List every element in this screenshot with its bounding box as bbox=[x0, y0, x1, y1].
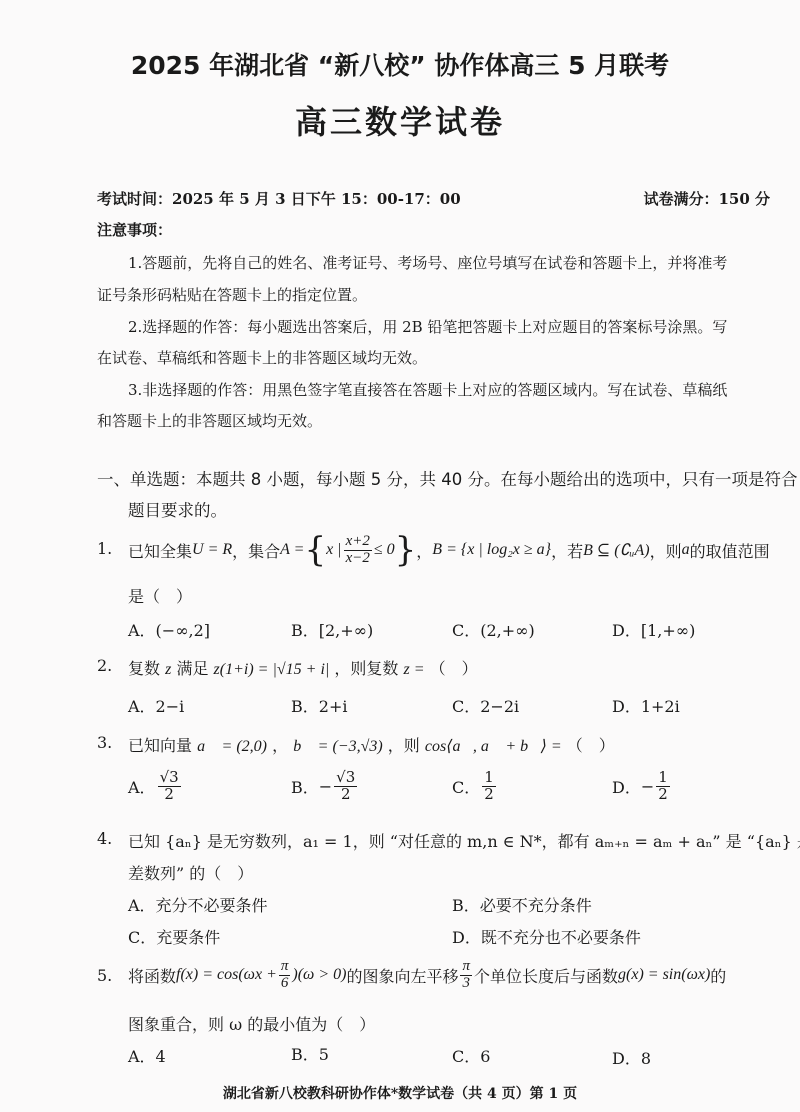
section-heading-line2: 题目要求的。 bbox=[128, 497, 227, 521]
paper-title: 高三数学试卷 bbox=[0, 97, 800, 143]
q3-math-cos: cos⟨a⃗, a⃗ + b⃗⟩ = bbox=[425, 738, 562, 755]
question-4-number: 4. bbox=[97, 829, 112, 848]
q2-math-equation: z(1+i) = |√15 + i| bbox=[214, 661, 330, 678]
q5-fraction-pi-6: π6 bbox=[279, 959, 291, 992]
q5-text: 的图象向左平移 bbox=[346, 964, 458, 987]
q5-option-a[interactable]: A．4 bbox=[128, 1044, 166, 1067]
q5-text: 将函数 bbox=[128, 964, 176, 987]
note-3-line1: 3.非选择题的作答：用黑色签字笔直接答在答题卡上对应的答题区域内。写在试卷、草稿… bbox=[128, 379, 727, 400]
question-5-line2: 图象重合，则 ω 的最小值为（ ） bbox=[128, 1012, 375, 1035]
q3-text: 已知向量 bbox=[128, 736, 192, 755]
q2-option-c[interactable]: C．2−2i bbox=[452, 694, 519, 717]
option-label: C． bbox=[452, 775, 480, 798]
q1-option-c[interactable]: C．(2,+∞) bbox=[452, 618, 535, 641]
q3-text: ，则 bbox=[388, 736, 420, 755]
page-footer: 湖北省新八校教科研协作体*数学试卷（共 4 页）第 1 页 bbox=[0, 1083, 800, 1103]
q1-text: ，则 bbox=[650, 539, 682, 562]
question-5-number: 5. bbox=[97, 966, 112, 985]
q4-option-c[interactable]: C．充要条件 bbox=[128, 925, 220, 948]
q1-option-a[interactable]: A．(−∞,2] bbox=[128, 618, 210, 641]
q1-text: ，若 bbox=[551, 539, 583, 562]
question-3-stem: 已知向量 a⃗ = (2,0) ， b⃗ = (−3,√3) ，则 cos⟨a⃗… bbox=[128, 733, 615, 756]
fraction-denominator: 6 bbox=[281, 976, 289, 992]
note-2-line2: 在试卷、草稿纸和答题卡上的非答题区域均无效。 bbox=[97, 347, 427, 368]
q2-text: 复数 bbox=[128, 659, 160, 678]
question-3-number: 3. bbox=[97, 733, 112, 752]
q5-option-d[interactable]: D．8 bbox=[612, 1046, 651, 1069]
q1-text: 的取值范围 bbox=[690, 539, 770, 562]
q1-math-set-b: B = {x | log₂x ≥ a} bbox=[432, 541, 551, 559]
q1-option-b[interactable]: B．[2,+∞) bbox=[291, 618, 373, 641]
q5-math: )(ω > 0) bbox=[292, 966, 346, 984]
q1-math-set-a: A = bbox=[280, 541, 304, 559]
q5-math-function-f: f(x) = cos(ωx + bbox=[176, 966, 277, 984]
q2-option-b[interactable]: B．2+i bbox=[291, 694, 347, 717]
option-fraction: 12 bbox=[482, 770, 496, 803]
option-label: B． bbox=[291, 775, 319, 798]
q1-text: ，集合 bbox=[232, 539, 280, 562]
question-1-stem: 已知全集 U = R ，集合 A = { x | x+2 x−2 ≤ 0 } ，… bbox=[128, 527, 770, 573]
option-sign: − bbox=[641, 777, 654, 796]
q3-option-d[interactable]: D． − 12 bbox=[612, 770, 672, 803]
question-2-stem: 复数 z 满足 z(1+i) = |√15 + i| ，则复数 z = （ ） bbox=[128, 656, 478, 679]
option-label: A． bbox=[128, 775, 156, 798]
right-brace-icon: } bbox=[395, 530, 417, 570]
q2-math: z bbox=[165, 661, 171, 678]
question-2-number: 2. bbox=[97, 656, 112, 675]
q3-math-vector-a: a⃗ = (2,0) bbox=[197, 738, 267, 755]
q2-option-d[interactable]: D．1+2i bbox=[612, 694, 680, 717]
q4-option-d[interactable]: D．既不充分也不必要条件 bbox=[452, 925, 641, 948]
q5-math-function-g: g(x) = sin(ωx) bbox=[618, 966, 710, 984]
exam-title: 2025 年湖北省 “新八校” 协作体高三 5 月联考 bbox=[0, 46, 800, 82]
question-1-line2: 是（ ） bbox=[128, 584, 192, 607]
note-1-line1: 1.答题前，先将自己的姓名、准考证号、考场号、座位号填写在试卷和答题卡上，并将准… bbox=[128, 252, 727, 273]
left-brace-icon: { bbox=[304, 530, 326, 570]
q5-fraction-pi-3: π3 bbox=[460, 959, 472, 992]
question-1-number: 1. bbox=[97, 539, 112, 558]
q3-option-a[interactable]: A． √32 bbox=[128, 770, 183, 803]
question-5-stem: 将函数 f(x) = cos(ωx + π6 )(ω > 0) 的图象向左平移 … bbox=[128, 951, 726, 999]
q1-math-subset: B ⊆ (∁ᵤA) bbox=[583, 540, 649, 560]
fraction-denominator: 2 bbox=[484, 787, 494, 803]
q2-text: （ ） bbox=[430, 659, 478, 678]
fraction-denominator: 3 bbox=[462, 976, 470, 992]
question-4-line2: 差数列” 的（ ） bbox=[128, 861, 253, 884]
q3-math-vector-b: b⃗ = (−3,√3) bbox=[293, 738, 382, 755]
q1-math: x | bbox=[326, 541, 342, 559]
q1-text: 已知全集 bbox=[128, 539, 192, 562]
fraction-denominator: x−2 bbox=[346, 551, 370, 567]
fraction-denominator: 2 bbox=[658, 787, 668, 803]
option-fraction: √32 bbox=[334, 770, 357, 803]
q5-option-c[interactable]: C．6 bbox=[452, 1044, 490, 1067]
q3-option-b[interactable]: B． − √32 bbox=[291, 770, 359, 803]
q1-text: ， bbox=[416, 539, 432, 562]
q1-math-universal-set: U = R bbox=[192, 541, 232, 559]
q5-option-b[interactable]: B．5 bbox=[291, 1042, 329, 1065]
option-fraction: 12 bbox=[656, 770, 670, 803]
q1-option-d[interactable]: D．[1,+∞) bbox=[612, 618, 695, 641]
q1-math: a bbox=[682, 541, 690, 559]
fraction-denominator: 2 bbox=[341, 787, 351, 803]
q1-math: ≤ 0 bbox=[374, 541, 395, 559]
note-1-line2: 证号条形码粘贴在答题卡上的指定位置。 bbox=[97, 284, 367, 305]
notes-heading: 注意事项： bbox=[97, 219, 172, 240]
option-sign: − bbox=[319, 777, 332, 796]
q3-option-c[interactable]: C． 12 bbox=[452, 770, 498, 803]
q5-text: 个单位长度后与函数 bbox=[474, 964, 618, 987]
fraction-numerator: π bbox=[279, 959, 291, 976]
fraction-denominator: 2 bbox=[164, 787, 174, 803]
question-4-line1: 已知 {aₙ} 是无穷数列，a₁ = 1，则 “对任意的 m,n ∈ N*，都有… bbox=[128, 829, 800, 852]
q2-text: ，则复数 bbox=[334, 659, 398, 678]
q4-option-b[interactable]: B．必要不充分条件 bbox=[452, 893, 592, 916]
exam-time: 考试时间：2025 年 5 月 3 日下午 15：00-17：00 bbox=[97, 188, 461, 209]
note-3-line2: 和答题卡上的非答题区域均无效。 bbox=[97, 410, 322, 431]
full-score: 试卷满分：150 分 bbox=[643, 188, 770, 209]
fraction-numerator: π bbox=[460, 959, 472, 976]
q1-fraction: x+2 x−2 bbox=[344, 534, 372, 567]
q5-text: 的 bbox=[710, 964, 726, 987]
option-fraction: √32 bbox=[158, 770, 181, 803]
section-heading-line1: 一、单选题：本题共 8 小题，每小题 5 分，共 40 分。在每小题给出的选项中… bbox=[97, 466, 797, 490]
option-label: D． bbox=[612, 775, 641, 798]
fraction-numerator: x+2 bbox=[344, 534, 372, 551]
q3-text: ， bbox=[272, 736, 288, 755]
q2-option-a[interactable]: A．2−i bbox=[128, 694, 184, 717]
note-2-line1: 2.选择题的作答：每小题选出答案后，用 2B 铅笔把答题卡上对应题目的答案标号涂… bbox=[128, 316, 727, 337]
q2-math: z = bbox=[404, 661, 425, 678]
q3-text: （ ） bbox=[567, 736, 615, 755]
q4-option-a[interactable]: A．充分不必要条件 bbox=[128, 893, 268, 916]
q2-text: 满足 bbox=[176, 659, 208, 678]
